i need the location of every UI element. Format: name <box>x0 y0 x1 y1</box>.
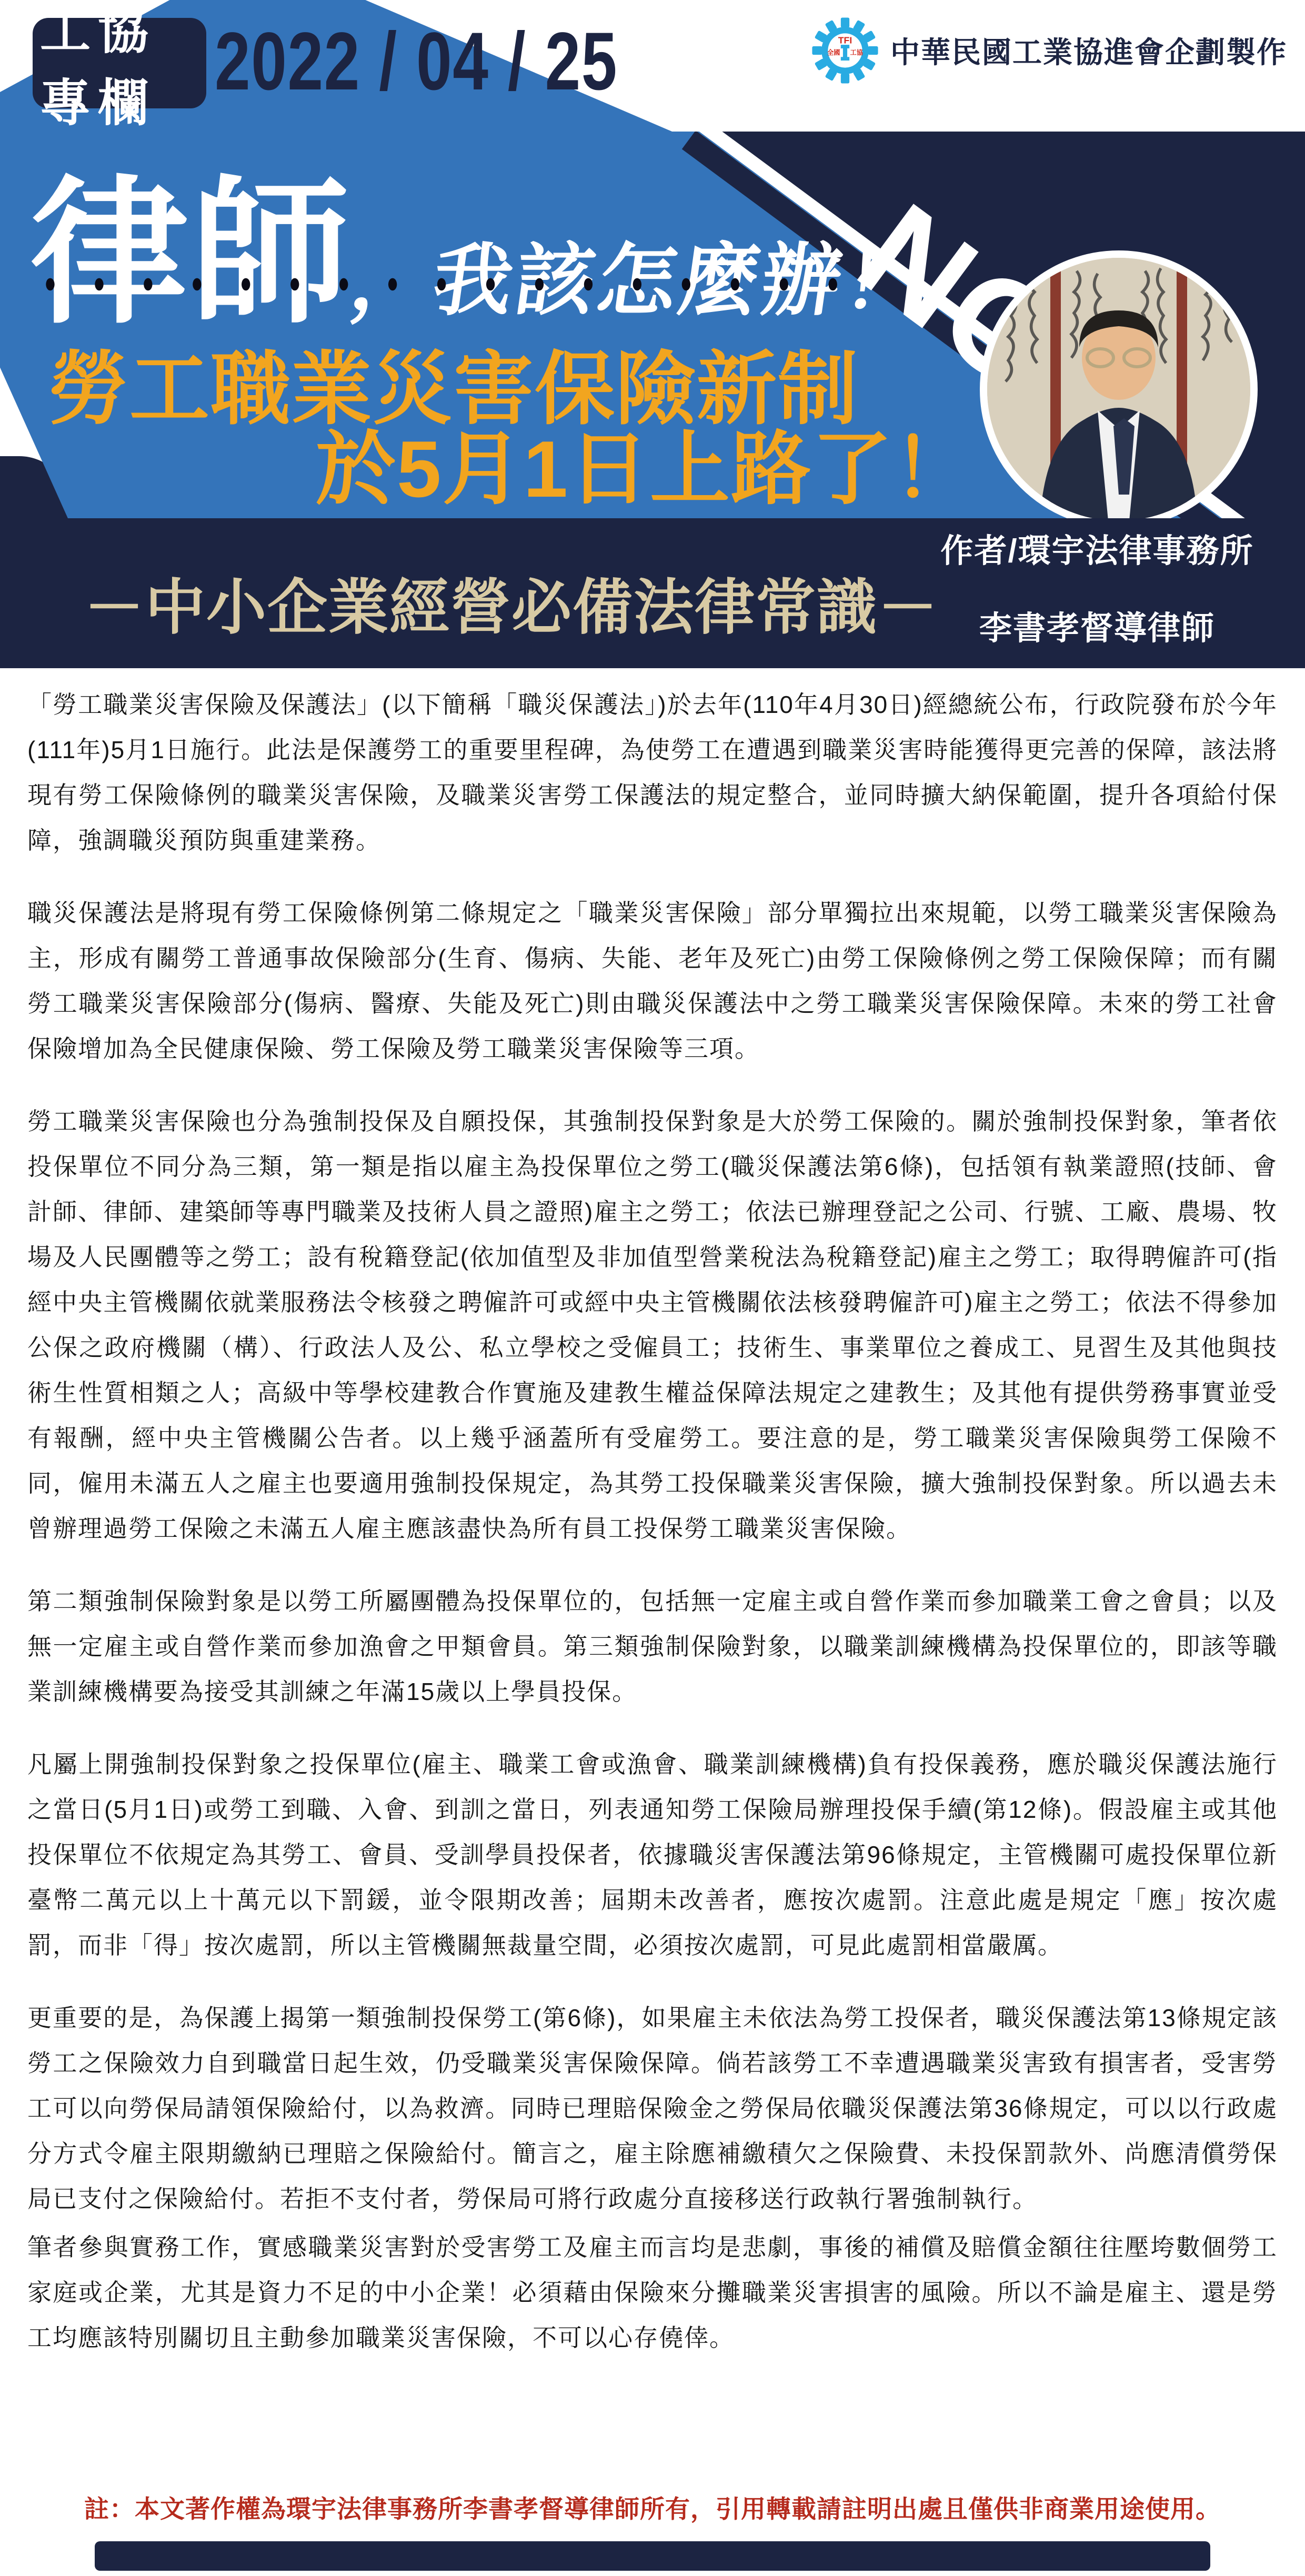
hero-header: NO.87 律師 ，我該怎麼辦！ ●●●●●●●●●●●●●●●●● 勞工職業災… <box>0 132 1305 518</box>
author-credit: 作者/環宇法律事務所 李書孝督導律師 <box>916 525 1279 649</box>
column-badge-label: 工協專欄 <box>33 0 206 135</box>
tfi-gear-logo-icon: TFI 全國 工協 <box>809 15 881 86</box>
series-tagline: －中小企業經營必備法律常識－ <box>84 559 939 646</box>
author-firm: 作者/環宇法律事務所 <box>916 525 1279 571</box>
issue-date: 2022 / 04 / 25 <box>215 15 618 109</box>
main-title-emphasis: 律師 <box>31 132 353 353</box>
dotted-divider: ●●●●●●●●●●●●●●●●● <box>44 267 876 300</box>
article-paragraph-4: 第二類強制保險對象是以勞工所屬團體為投保單位的，包括無一定雇主或自營作業而參加職… <box>27 1578 1278 1714</box>
article-paragraph-6: 更重要的是，為保護上揭第一類強制投保勞工(第6條)，如果雇主未依法為勞工投保者，… <box>27 1995 1278 2221</box>
article-paragraph-7: 筆者參與實務工作，實感職業災害對於受害勞工及雇主而言均是悲劇，事後的補償及賠償金… <box>27 2225 1278 2360</box>
article-paragraph-1: 「勞工職業災害保險及保護法」(以下簡稱「職災保護法」)於去年(110年4月30日… <box>27 682 1278 863</box>
author-portrait-graphic <box>987 258 1250 518</box>
logo-right-text: 工協 <box>850 48 864 56</box>
main-title: 律師 ，我該怎麼辦！ <box>31 132 927 353</box>
author-photo <box>980 250 1258 518</box>
article-paragraph-3: 勞工職業災害保險也分為強制投保及自願投保，其強制投保對象是大於勞工保險的。關於強… <box>27 1099 1278 1551</box>
top-banner: 工協專欄 2022 / 04 / 25 TFI <box>0 0 1305 132</box>
column-badge: 工協專欄 <box>33 18 206 108</box>
logo-left-text: 全國 <box>827 48 840 56</box>
organization-credit: TFI 全國 工協 中華民國工業協進會企劃製作 <box>809 15 1287 86</box>
author-name: 李書孝督導律師 <box>916 602 1279 649</box>
newsletter-page: 工協專欄 2022 / 04 / 25 TFI <box>0 0 1305 2576</box>
article-body: 「勞工職業災害保險及保護法」(以下簡稱「職災保護法」)於去年(110年4月30日… <box>0 668 1305 2360</box>
bottom-bar-decoration <box>95 2541 1210 2571</box>
tagline-band: －中小企業經營必備法律常識－ 作者/環宇法律事務所 李書孝督導律師 <box>0 518 1305 668</box>
logo-tfi-text: TFI <box>838 35 852 45</box>
article-paragraph-5: 凡屬上開強制投保對象之投保單位(雇主、職業工會或漁會、職業訓練機構)負有投保義務… <box>27 1742 1278 1968</box>
subtitle-line-2: 於5月1日上路了！ <box>316 405 974 518</box>
copyright-note: 註：本文著作權為環宇法律事務所李書孝督導律師所有，引用轉載請註明出處且僅供非商業… <box>0 2490 1305 2525</box>
article-paragraph-2: 職災保護法是將現有勞工保險條例第二條規定之「職業災害保險」部分單獨拉出來規範，以… <box>27 890 1278 1071</box>
organization-credit-text: 中華民國工業協進會企劃製作 <box>890 29 1287 72</box>
